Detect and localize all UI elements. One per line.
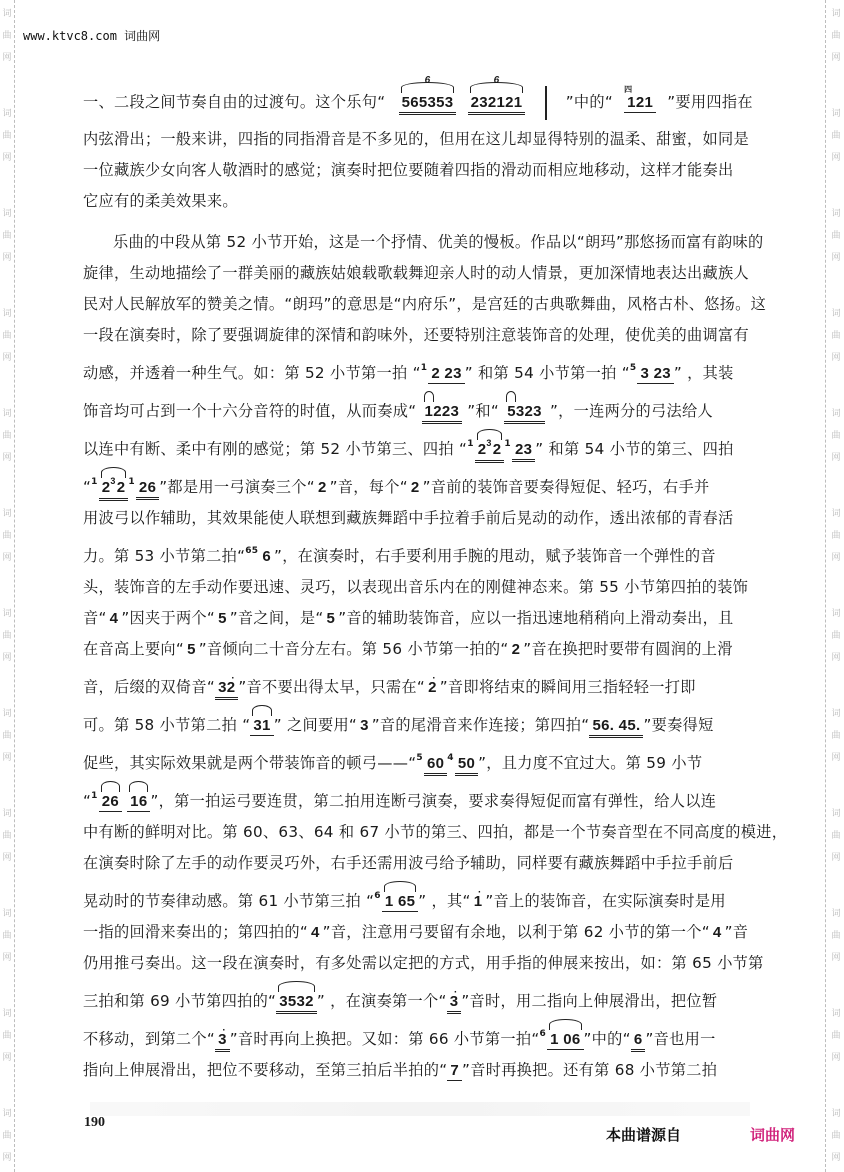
text: ”音不要出得太早，只需在“ <box>238 678 425 696</box>
text: ”音，每个“ <box>330 478 408 496</box>
watermark-char: 词 <box>829 8 843 21</box>
text: ” 和第 54 小节第一拍 “ <box>465 364 630 382</box>
text: ”音 <box>725 923 749 941</box>
slur-arc <box>129 781 148 792</box>
source-label: 本曲谱源自 <box>606 1124 681 1145</box>
left-watermark-column: 词曲网词曲网词曲网词曲网词曲网词曲网词曲网词曲网词曲网词曲网词曲网词曲网 <box>0 0 15 1172</box>
watermark-char: 曲 <box>829 630 843 643</box>
p2-line-25: 指向上伸展滑出，把位不要移动，至第三拍后半拍的“7”音时再换把。还有第 68 小… <box>83 1055 765 1086</box>
watermark-char: 曲 <box>0 530 14 543</box>
watermark-char: 词 <box>829 1008 843 1021</box>
watermark-char: 词 <box>0 708 14 721</box>
notation: ·32 <box>215 679 238 700</box>
notation: 5 <box>184 641 199 659</box>
notes: 16 <box>130 793 147 810</box>
p2-line-22: 仍用推弓奏出。这一段在演奏时，有多处需以定把的方式，用手指的伸展来按出，如：第 … <box>83 948 765 979</box>
p2-line-12: 音“4”因夹于两个“5”音之间，是“5”音的辅助装饰音，应以一指迅速地稍稍向上滑… <box>83 603 765 634</box>
text: 在音高上要向“ <box>83 640 184 658</box>
watermark-char: 曲 <box>829 930 843 943</box>
watermark-char: 曲 <box>829 730 843 743</box>
text: ”，一连两分的弓法给人 <box>550 402 713 420</box>
watermark-char: 曲 <box>829 1130 843 1143</box>
watermark-char: 网 <box>829 552 843 565</box>
p2-line-13: 在音高上要向“5”音倾向二十音分左右。第 56 小节第一拍的“2”音在换把时要带… <box>83 634 765 665</box>
text: ”和“ <box>467 402 499 420</box>
watermark-char: 网 <box>0 852 14 865</box>
watermark-char: 词 <box>829 808 843 821</box>
notation: 2 23 <box>428 365 464 384</box>
text: ”音前的装饰音要奏得短促、轻巧，右手并 <box>423 478 710 496</box>
watermark-char: 曲 <box>829 30 843 43</box>
p2-line-14: 音，后缀的双倚音“·32”音不要出得太早，只需在“·2”音即将结束的瞬间用三指轻… <box>83 665 765 703</box>
p1-line-2: 内弦滑出；一般来讲，四指的同指滑音是不多见的，但用在这儿却显得特别的温柔、甜蜜，… <box>83 124 765 155</box>
watermark-char: 网 <box>829 1152 843 1165</box>
watermark-char: 词 <box>0 808 14 821</box>
text: 一、二段之间节奏自由的过渡句。这个乐句“ <box>83 93 385 111</box>
watermark-char: 曲 <box>0 130 14 143</box>
watermark-char: 词 <box>0 508 14 521</box>
watermark-char: 曲 <box>0 1030 14 1043</box>
text: “ <box>83 792 91 810</box>
notation: 4 <box>710 924 725 942</box>
barline <box>545 86 547 120</box>
text: ”，在演奏时，右手要利用手腕的甩动，赋予装饰音一个弹性的音 <box>274 547 716 565</box>
text: ”音也用一 <box>645 1030 715 1048</box>
octave-dot: · <box>231 670 235 688</box>
p1-line-1: 一、二段之间节奏自由的过渡句。这个乐句“ 6 565353 6 232121 ”… <box>83 74 765 124</box>
p2-line-16: 促些，其实际效果就是两个带装饰音的顿弓——“560450”，且力度不宜过大。第 … <box>83 741 765 779</box>
p2-line-24: 不移动，到第二个“·3”音时再向上换把。又如：第 66 小节第一拍“61 06”… <box>83 1017 765 1055</box>
notation: ·1 <box>471 893 486 911</box>
grace-note: 1 <box>504 439 511 449</box>
slur-arc <box>506 391 516 402</box>
notation-phrase-1: 6 565353 <box>399 94 457 115</box>
watermark-char: 网 <box>0 1152 14 1165</box>
notation: 23 <box>512 441 535 462</box>
notes: 3532 <box>279 993 314 1010</box>
p2-line-8: “1232126”都是用一弓演奏三个“2”音，每个“2”音前的装饰音要奏得短促、… <box>83 465 765 503</box>
notes: 31 <box>253 717 270 734</box>
text: 力。第 53 小节第二拍“ <box>83 547 245 565</box>
grace-note: 6 <box>374 891 381 901</box>
watermark-char: 词 <box>829 608 843 621</box>
p2-line-17: “126 16”，第一拍运弓要连贯，第二拍用连断弓演奏，要求奏得短促而富有弹性，… <box>83 779 765 817</box>
slur-arc <box>384 881 416 892</box>
notation: 50 <box>455 755 478 776</box>
grace-note: 6 <box>540 1029 547 1039</box>
grace-note: 5 <box>630 363 637 373</box>
watermark-char: 词 <box>0 1108 14 1121</box>
grace-note: 1 <box>467 439 474 449</box>
octave-dot: · <box>222 1022 226 1040</box>
notation: 26 <box>136 479 159 500</box>
tuplet-mark: 6 <box>425 72 431 90</box>
watermark-char: 曲 <box>0 430 14 443</box>
watermark-char: 词 <box>0 8 14 21</box>
notes: 1223 <box>425 403 460 420</box>
text: “ <box>83 478 91 496</box>
text: ”音即将结束的瞬间用三指轻轻一打即 <box>440 678 696 696</box>
watermark-char: 网 <box>829 652 843 665</box>
octave-dot: · <box>454 984 458 1002</box>
text: ”中的“ <box>584 1030 631 1048</box>
notes: 1 65 <box>385 893 415 910</box>
notation: 2 <box>408 479 423 497</box>
p2-line-21: 一指的回滑来奏出的；第四拍的“4”音，注意用弓要留有余地，以利于第 62 小节的… <box>83 917 765 948</box>
p2-line-5: 动感，并透着一种生气。如：第 52 小节第一拍 “12 23” 和第 54 小节… <box>83 351 765 389</box>
text: 晃动时的节奏律动感。第 61 小节第三拍 “ <box>83 892 374 910</box>
grace-note: 65 <box>245 546 258 556</box>
bleed-through-text <box>90 1102 750 1116</box>
text: ”都是用一弓演奏三个“ <box>159 478 315 496</box>
p1-line-4: 它应有的柔美效果来。 <box>83 186 765 217</box>
notation: 6 <box>259 548 274 566</box>
watermark-char: 曲 <box>0 830 14 843</box>
watermark-char: 网 <box>0 152 14 165</box>
watermark-char: 曲 <box>0 30 14 43</box>
watermark-char: 曲 <box>829 830 843 843</box>
watermark-char: 词 <box>829 908 843 921</box>
tuplet-mark: 6 <box>494 72 500 90</box>
finger-mark: 四 <box>624 81 632 99</box>
notation: ·2 <box>425 679 440 697</box>
text: ”音之间，是“ <box>230 609 324 627</box>
p2-line-7: 以连中有断、柔中有刚的感觉；第 52 小节第三、四拍 “1232123” 和第 … <box>83 427 765 465</box>
notation: 16 <box>127 793 150 812</box>
p2-line-20: 晃动时的节奏律动感。第 61 小节第三拍 “61 65” ，其“·1”音上的装饰… <box>83 879 765 917</box>
grace-note: 3 <box>486 438 491 448</box>
watermark-char: 网 <box>829 252 843 265</box>
notation: 3532 <box>276 993 317 1014</box>
watermark-char: 词 <box>829 508 843 521</box>
notation: 2 <box>315 479 330 497</box>
watermark-char: 曲 <box>829 130 843 143</box>
slur-arc <box>278 981 315 992</box>
notes: 2 <box>493 441 502 458</box>
notes: 232121 <box>471 94 523 111</box>
notes: 2 <box>117 479 126 496</box>
watermark-char: 网 <box>0 252 14 265</box>
notation: 31 <box>250 717 273 736</box>
notation: 5 <box>324 610 339 628</box>
p2-line-3: 民对人民解放军的赞美之情。“朗玛”的意思是“内府乐”，是宫廷的古典歌舞曲，风格古… <box>83 289 765 320</box>
notes: 1 06 <box>550 1031 580 1048</box>
text: 动感，并透着一种生气。如：第 52 小节第一拍 “ <box>83 364 421 382</box>
watermark-char: 网 <box>829 952 843 965</box>
p2-line-23: 三拍和第 69 小节第四拍的“3532” ，在演奏第一个“·3”音时，用二指向上… <box>83 979 765 1017</box>
p2-line-2: 旋律，生动地描绘了一群美丽的藏族姑娘载歌载舞迎亲人时的动人情景，更加深情地表达出… <box>83 258 765 289</box>
text: ” ，其“ <box>418 892 470 910</box>
notation: 3 <box>357 717 372 735</box>
p2-line-19: 在演奏时除了左手的动作要灵巧外，右手还需用波弓给予辅助，同样要有藏族舞蹈中手拉手… <box>83 848 765 879</box>
watermark-char: 网 <box>0 1052 14 1065</box>
octave-dot: · <box>432 670 436 688</box>
grace-note: 3 <box>110 476 115 486</box>
notation: 1 06 <box>547 1031 583 1050</box>
notation: 4 <box>107 610 122 628</box>
notation: 1 65 <box>382 893 418 912</box>
source-site-link[interactable]: 词曲网 <box>750 1124 795 1145</box>
notation: ·3 <box>215 1031 230 1052</box>
watermark-char: 词 <box>0 308 14 321</box>
text: ” ，在演奏第一个“ <box>317 992 447 1010</box>
notation: 3 23 <box>637 365 673 384</box>
site-header: www.ktvc8.com 词曲网 <box>23 27 160 44</box>
watermark-char: 网 <box>0 452 14 465</box>
p2-line-18: 中有断的鲜明对比。第 60、63、64 和 67 小节的第三、四拍，都是一个节奏… <box>83 817 765 848</box>
p2-line-6: 饰音均可占到一个十六分音符的时值，从而奏成“ 1223 ”和“ 5323 ”，一… <box>83 389 765 427</box>
watermark-char: 曲 <box>0 1130 14 1143</box>
watermark-char: 曲 <box>829 330 843 343</box>
text: ” 之间要用“ <box>274 716 357 734</box>
watermark-char: 网 <box>0 552 14 565</box>
notation: 232 <box>99 479 129 501</box>
text: ”，且力度不宜过大。第 59 小节 <box>478 754 702 772</box>
text: ” ，其装 <box>674 364 734 382</box>
notation: 1223 <box>422 403 463 424</box>
slur-arc <box>424 391 434 402</box>
notation: 60 <box>424 755 447 776</box>
text: ” 和第 54 小节的第三、四拍 <box>535 440 733 458</box>
watermark-char: 曲 <box>0 730 14 743</box>
p2-line-15: 可。第 58 小节第二拍 “31” 之间要用“3”音的尾滑音来作连接；第四拍“5… <box>83 703 765 741</box>
watermark-char: 网 <box>829 152 843 165</box>
text: ”音倾向二十音分左右。第 56 小节第一拍的“ <box>199 640 509 658</box>
slur-arc <box>549 1019 581 1030</box>
watermark-char: 网 <box>829 752 843 765</box>
text: ”音在换把时要带有圆润的上滑 <box>523 640 733 658</box>
notation: 5 <box>215 610 230 628</box>
text: ”要奏得短 <box>643 716 713 734</box>
grace-note: 5 <box>416 753 423 763</box>
notation: 2 <box>509 641 524 659</box>
watermark-char: 词 <box>829 1108 843 1121</box>
p1-line-3: 一位藏族少女向客人敬酒时的感觉；演奏时把位要随着四指的滑动而相应地移动，这样才能… <box>83 155 765 186</box>
grace-note: 1 <box>91 791 98 801</box>
text: 可。第 58 小节第二拍 “ <box>83 716 250 734</box>
text: 以连中有断、柔中有刚的感觉；第 52 小节第三、四拍 “ <box>83 440 467 458</box>
notation: ·3 <box>447 993 462 1014</box>
watermark-char: 词 <box>829 408 843 421</box>
text: 指向上伸展滑出，把位不要移动，至第三拍后半拍的“ <box>83 1061 447 1079</box>
watermark-char: 网 <box>0 352 14 365</box>
text: ”因夹于两个“ <box>121 609 215 627</box>
grace-note: 1 <box>128 477 135 487</box>
text: ”要用四指在 <box>667 93 753 111</box>
notation: 6 <box>631 1031 646 1052</box>
text: ”中的“ <box>566 93 613 111</box>
grace-note: 4 <box>447 753 454 763</box>
text: 不移动，到第二个“ <box>83 1030 215 1048</box>
watermark-char: 词 <box>0 608 14 621</box>
text: ”音的辅助装饰音，应以一指迅速地稍稍向上滑动奏出，且 <box>338 609 733 627</box>
text: ”音时再向上换把。又如：第 66 小节第一拍“ <box>230 1030 540 1048</box>
watermark-char: 曲 <box>0 230 14 243</box>
watermark-char: 网 <box>0 652 14 665</box>
notes: 565353 <box>402 94 454 111</box>
watermark-char: 网 <box>0 952 14 965</box>
text: 一指的回滑来奏出的；第四拍的“ <box>83 923 308 941</box>
p2-line-1: 乐曲的中段从第 52 小节开始，这是一个抒情、优美的慢板。作品以“朗玛”那悠扬而… <box>83 227 765 258</box>
notation: 232 <box>475 441 505 463</box>
watermark-char: 曲 <box>829 530 843 543</box>
right-watermark-column: 词曲网词曲网词曲网词曲网词曲网词曲网词曲网词曲网词曲网词曲网词曲网词曲网 <box>825 0 844 1172</box>
watermark-char: 词 <box>0 408 14 421</box>
p2-line-9: 用波弓以作辅助，其效果能使人联想到藏族舞蹈中手拉着手前后晃动的动作，透出浓郁的青… <box>83 503 765 534</box>
watermark-char: 网 <box>829 1052 843 1065</box>
p2-line-10: 力。第 53 小节第二拍“656”，在演奏时，右手要利用手腕的甩动，赋予装饰音一… <box>83 534 765 572</box>
watermark-char: 网 <box>829 52 843 65</box>
text: ”音，注意用弓要留有余地，以利于第 62 小节的第一个“ <box>323 923 710 941</box>
watermark-char: 词 <box>829 308 843 321</box>
watermark-char: 词 <box>829 708 843 721</box>
notation-phrase-2: 6 232121 <box>468 94 526 115</box>
text: ”音上的装饰音，在实际演奏时是用 <box>485 892 725 910</box>
text: ”音时再换把。还有第 68 小节第二拍 <box>462 1061 717 1079</box>
grace-note: 1 <box>91 477 98 487</box>
watermark-char: 曲 <box>0 930 14 943</box>
text: 三拍和第 69 小节第四拍的“ <box>83 992 276 1010</box>
watermark-char: 网 <box>829 452 843 465</box>
notation: 56. 45. <box>589 717 643 738</box>
p2-line-11: 头，装饰音的左手动作要迅速、灵巧，以表现出音乐内在的刚健神态来。第 55 小节第… <box>83 572 765 603</box>
slur-arc <box>101 781 120 792</box>
text: ”音的尾滑音来作连接；第四拍“ <box>372 716 590 734</box>
text: 促些，其实际效果就是两个带装饰音的顿弓——“ <box>83 754 416 772</box>
watermark-char: 词 <box>0 1008 14 1021</box>
text: 饰音均可占到一个十六分音符的时值，从而奏成“ <box>83 402 416 420</box>
watermark-char: 曲 <box>0 330 14 343</box>
watermark-char: 词 <box>0 208 14 221</box>
slur-arc <box>252 705 271 716</box>
text: ”，第一拍运弓要连贯，第二拍用连断弓演奏，要求奏得短促而富有弹性，给人以连 <box>150 792 716 810</box>
watermark-char: 词 <box>0 908 14 921</box>
document-body: 一、二段之间节奏自由的过渡句。这个乐句“ 6 565353 6 232121 ”… <box>83 74 765 1086</box>
watermark-char: 网 <box>0 52 14 65</box>
text: 音，后缀的双倚音“ <box>83 678 215 696</box>
watermark-char: 词 <box>0 108 14 121</box>
watermark-char: 网 <box>0 752 14 765</box>
watermark-char: 曲 <box>829 230 843 243</box>
watermark-char: 网 <box>829 352 843 365</box>
notation: 7 <box>447 1062 462 1081</box>
text: ”音时，用二指向上伸展滑出，把位暂 <box>461 992 717 1010</box>
watermark-char: 曲 <box>829 1030 843 1043</box>
watermark-char: 词 <box>829 108 843 121</box>
watermark-char: 曲 <box>829 430 843 443</box>
watermark-char: 网 <box>829 852 843 865</box>
p2-line-4: 一段在演奏时，除了要强调旋律的深情和韵味外，还要特别注意装饰音的处理，使优美的曲… <box>83 320 765 351</box>
grace-note: 1 <box>421 363 428 373</box>
page-number: 190 <box>84 1115 105 1131</box>
notation: 5323 <box>504 403 545 424</box>
notes: 26 <box>102 793 119 810</box>
notation: 4 <box>308 924 323 942</box>
notation: 26 <box>99 793 122 812</box>
watermark-char: 词 <box>829 208 843 221</box>
notation-fingered: 四 121 <box>624 94 656 113</box>
notes: 5323 <box>507 403 542 420</box>
text: 音“ <box>83 609 107 627</box>
watermark-char: 曲 <box>0 630 14 643</box>
octave-dot: · <box>478 884 482 902</box>
